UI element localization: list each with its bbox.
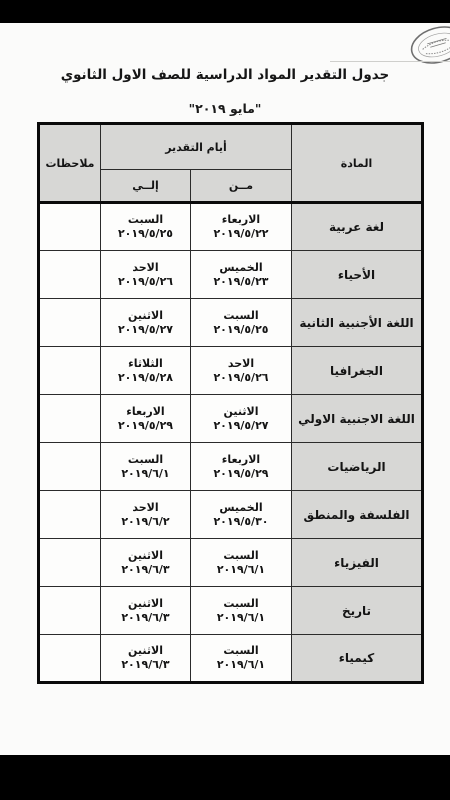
from-date: ٢٠١٩/٥/٣٠ <box>191 515 291 529</box>
from-day: الاربعاء <box>191 213 291 227</box>
from-day: السبت <box>191 309 291 323</box>
subject-cell: الفيزياء <box>292 539 423 587</box>
from-cell: السبت ٢٠١٩/٦/١ <box>191 635 292 683</box>
table-header: المادة أيام التقدير ملاحظات مــن إلــي <box>39 124 423 203</box>
to-day: السبت <box>101 213 190 227</box>
subject-cell: اللغة الاجنبية الاولي <box>292 395 423 443</box>
to-cell: الاثنين ٢٠١٩/٦/٣ <box>101 587 191 635</box>
to-day: الاثنين <box>101 309 190 323</box>
notes-cell <box>39 395 101 443</box>
from-day: الاربعاء <box>191 453 291 467</box>
from-cell: الاربعاء ٢٠١٩/٥/٢٩ <box>191 443 292 491</box>
subject-cell: الفلسفة والمنطق <box>292 491 423 539</box>
from-cell: الاربعاء ٢٠١٩/٥/٢٢ <box>191 203 292 251</box>
from-date: ٢٠١٩/٥/٢٢ <box>191 227 291 241</box>
to-day: السبت <box>101 453 190 467</box>
from-cell: الاحد ٢٠١٩/٥/٢٦ <box>191 347 292 395</box>
from-date: ٢٠١٩/٦/١ <box>191 658 291 672</box>
top-black-bar <box>0 0 450 23</box>
to-date: ٢٠١٩/٥/٢٨ <box>101 371 190 385</box>
to-cell: الاربعاء ٢٠١٩/٥/٢٩ <box>101 395 191 443</box>
from-day: السبت <box>191 644 291 658</box>
table-row: تاريخ السبت ٢٠١٩/٦/١ الاثنين ٢٠١٩/٦/٣ <box>39 587 423 635</box>
to-cell: الاحد ٢٠١٩/٦/٢ <box>101 491 191 539</box>
page-title: جدول التقدير المواد الدراسية للصف الاول … <box>0 67 450 83</box>
from-date: ٢٠١٩/٥/٢٩ <box>191 467 291 481</box>
from-date: ٢٠١٩/٦/١ <box>191 611 291 625</box>
table-row: الأحياء الخميس ٢٠١٩/٥/٢٣ الاحد ٢٠١٩/٥/٢٦ <box>39 251 423 299</box>
column-header-to: إلــي <box>101 170 191 203</box>
scanned-page: جدول التقدير المواد الدراسية للصف الاول … <box>0 0 450 800</box>
notes-cell <box>39 203 101 251</box>
column-header-days-group: أيام التقدير <box>101 124 292 170</box>
notes-cell <box>39 299 101 347</box>
to-day: الاثنين <box>101 597 190 611</box>
to-date: ٢٠١٩/٦/٣ <box>101 563 190 577</box>
from-day: الخميس <box>191 501 291 515</box>
subject-cell: اللغة الأجنبية الثانية <box>292 299 423 347</box>
to-day: الاربعاء <box>101 405 190 419</box>
from-cell: الاثنين ٢٠١٩/٥/٢٧ <box>191 395 292 443</box>
table-row: اللغة الاجنبية الاولي الاثنين ٢٠١٩/٥/٢٧ … <box>39 395 423 443</box>
to-cell: الاثنين ٢٠١٩/٥/٢٧ <box>101 299 191 347</box>
column-header-from: مــن <box>191 170 292 203</box>
subject-cell: الأحياء <box>292 251 423 299</box>
from-day: الاحد <box>191 357 291 371</box>
column-header-subject: المادة <box>292 124 423 203</box>
from-date: ٢٠١٩/٥/٢٥ <box>191 323 291 337</box>
to-day: الاحد <box>101 261 190 275</box>
table-row: الفلسفة والمنطق الخميس ٢٠١٩/٥/٣٠ الاحد ٢… <box>39 491 423 539</box>
to-date: ٢٠١٩/٥/٢٥ <box>101 227 190 241</box>
page-subtitle: "مايو ٢٠١٩" <box>0 101 450 116</box>
from-date: ٢٠١٩/٥/٢٧ <box>191 419 291 433</box>
notes-cell <box>39 443 101 491</box>
from-cell: السبت ٢٠١٩/٥/٢٥ <box>191 299 292 347</box>
notes-cell <box>39 491 101 539</box>
to-day: الاثنين <box>101 644 190 658</box>
to-date: ٢٠١٩/٦/٣ <box>101 658 190 672</box>
to-cell: السبت ٢٠١٩/٦/١ <box>101 443 191 491</box>
from-date: ٢٠١٩/٥/٢٣ <box>191 275 291 289</box>
table-row: لغة عربية الاربعاء ٢٠١٩/٥/٢٢ السبت ٢٠١٩/… <box>39 203 423 251</box>
from-date: ٢٠١٩/٥/٢٦ <box>191 371 291 385</box>
to-cell: الثلاثاء ٢٠١٩/٥/٢٨ <box>101 347 191 395</box>
notes-cell <box>39 347 101 395</box>
notes-cell <box>39 251 101 299</box>
subject-cell: تاريخ <box>292 587 423 635</box>
to-date: ٢٠١٩/٥/٢٩ <box>101 419 190 433</box>
subject-cell: الجغرافيا <box>292 347 423 395</box>
notes-cell <box>39 539 101 587</box>
table-row: اللغة الأجنبية الثانية السبت ٢٠١٩/٥/٢٥ ا… <box>39 299 423 347</box>
from-cell: السبت ٢٠١٩/٦/١ <box>191 539 292 587</box>
from-cell: السبت ٢٠١٩/٦/١ <box>191 587 292 635</box>
subject-cell: لغة عربية <box>292 203 423 251</box>
letterhead-line <box>330 61 450 62</box>
to-day: الاحد <box>101 501 190 515</box>
column-header-notes: ملاحظات <box>39 124 101 203</box>
from-day: الاثنين <box>191 405 291 419</box>
from-cell: الخميس ٢٠١٩/٥/٣٠ <box>191 491 292 539</box>
to-date: ٢٠١٩/٦/١ <box>101 467 190 481</box>
to-date: ٢٠١٩/٥/٢٦ <box>101 275 190 289</box>
from-day: الخميس <box>191 261 291 275</box>
from-date: ٢٠١٩/٦/١ <box>191 563 291 577</box>
to-date: ٢٠١٩/٥/٢٧ <box>101 323 190 337</box>
to-cell: الاحد ٢٠١٩/٥/٢٦ <box>101 251 191 299</box>
from-day: السبت <box>191 549 291 563</box>
table-row: الفيزياء السبت ٢٠١٩/٦/١ الاثنين ٢٠١٩/٦/٣ <box>39 539 423 587</box>
from-cell: الخميس ٢٠١٩/٥/٢٣ <box>191 251 292 299</box>
subject-cell: الرياضيات <box>292 443 423 491</box>
to-day: الثلاثاء <box>101 357 190 371</box>
table-row: الرياضيات الاربعاء ٢٠١٩/٥/٢٩ السبت ٢٠١٩/… <box>39 443 423 491</box>
to-cell: السبت ٢٠١٩/٥/٢٥ <box>101 203 191 251</box>
bottom-black-bar <box>0 755 450 800</box>
notes-cell <box>39 587 101 635</box>
to-date: ٢٠١٩/٦/٣ <box>101 611 190 625</box>
to-cell: الاثنين ٢٠١٩/٦/٣ <box>101 635 191 683</box>
subject-cell: كيمياء <box>292 635 423 683</box>
assessment-schedule-table: المادة أيام التقدير ملاحظات مــن إلــي ل… <box>37 122 424 684</box>
from-day: السبت <box>191 597 291 611</box>
notes-cell <box>39 635 101 683</box>
table-row: الجغرافيا الاحد ٢٠١٩/٥/٢٦ الثلاثاء ٢٠١٩/… <box>39 347 423 395</box>
to-day: الاثنين <box>101 549 190 563</box>
table-row: كيمياء السبت ٢٠١٩/٦/١ الاثنين ٢٠١٩/٦/٣ <box>39 635 423 683</box>
to-date: ٢٠١٩/٦/٢ <box>101 515 190 529</box>
to-cell: الاثنين ٢٠١٩/٦/٣ <box>101 539 191 587</box>
